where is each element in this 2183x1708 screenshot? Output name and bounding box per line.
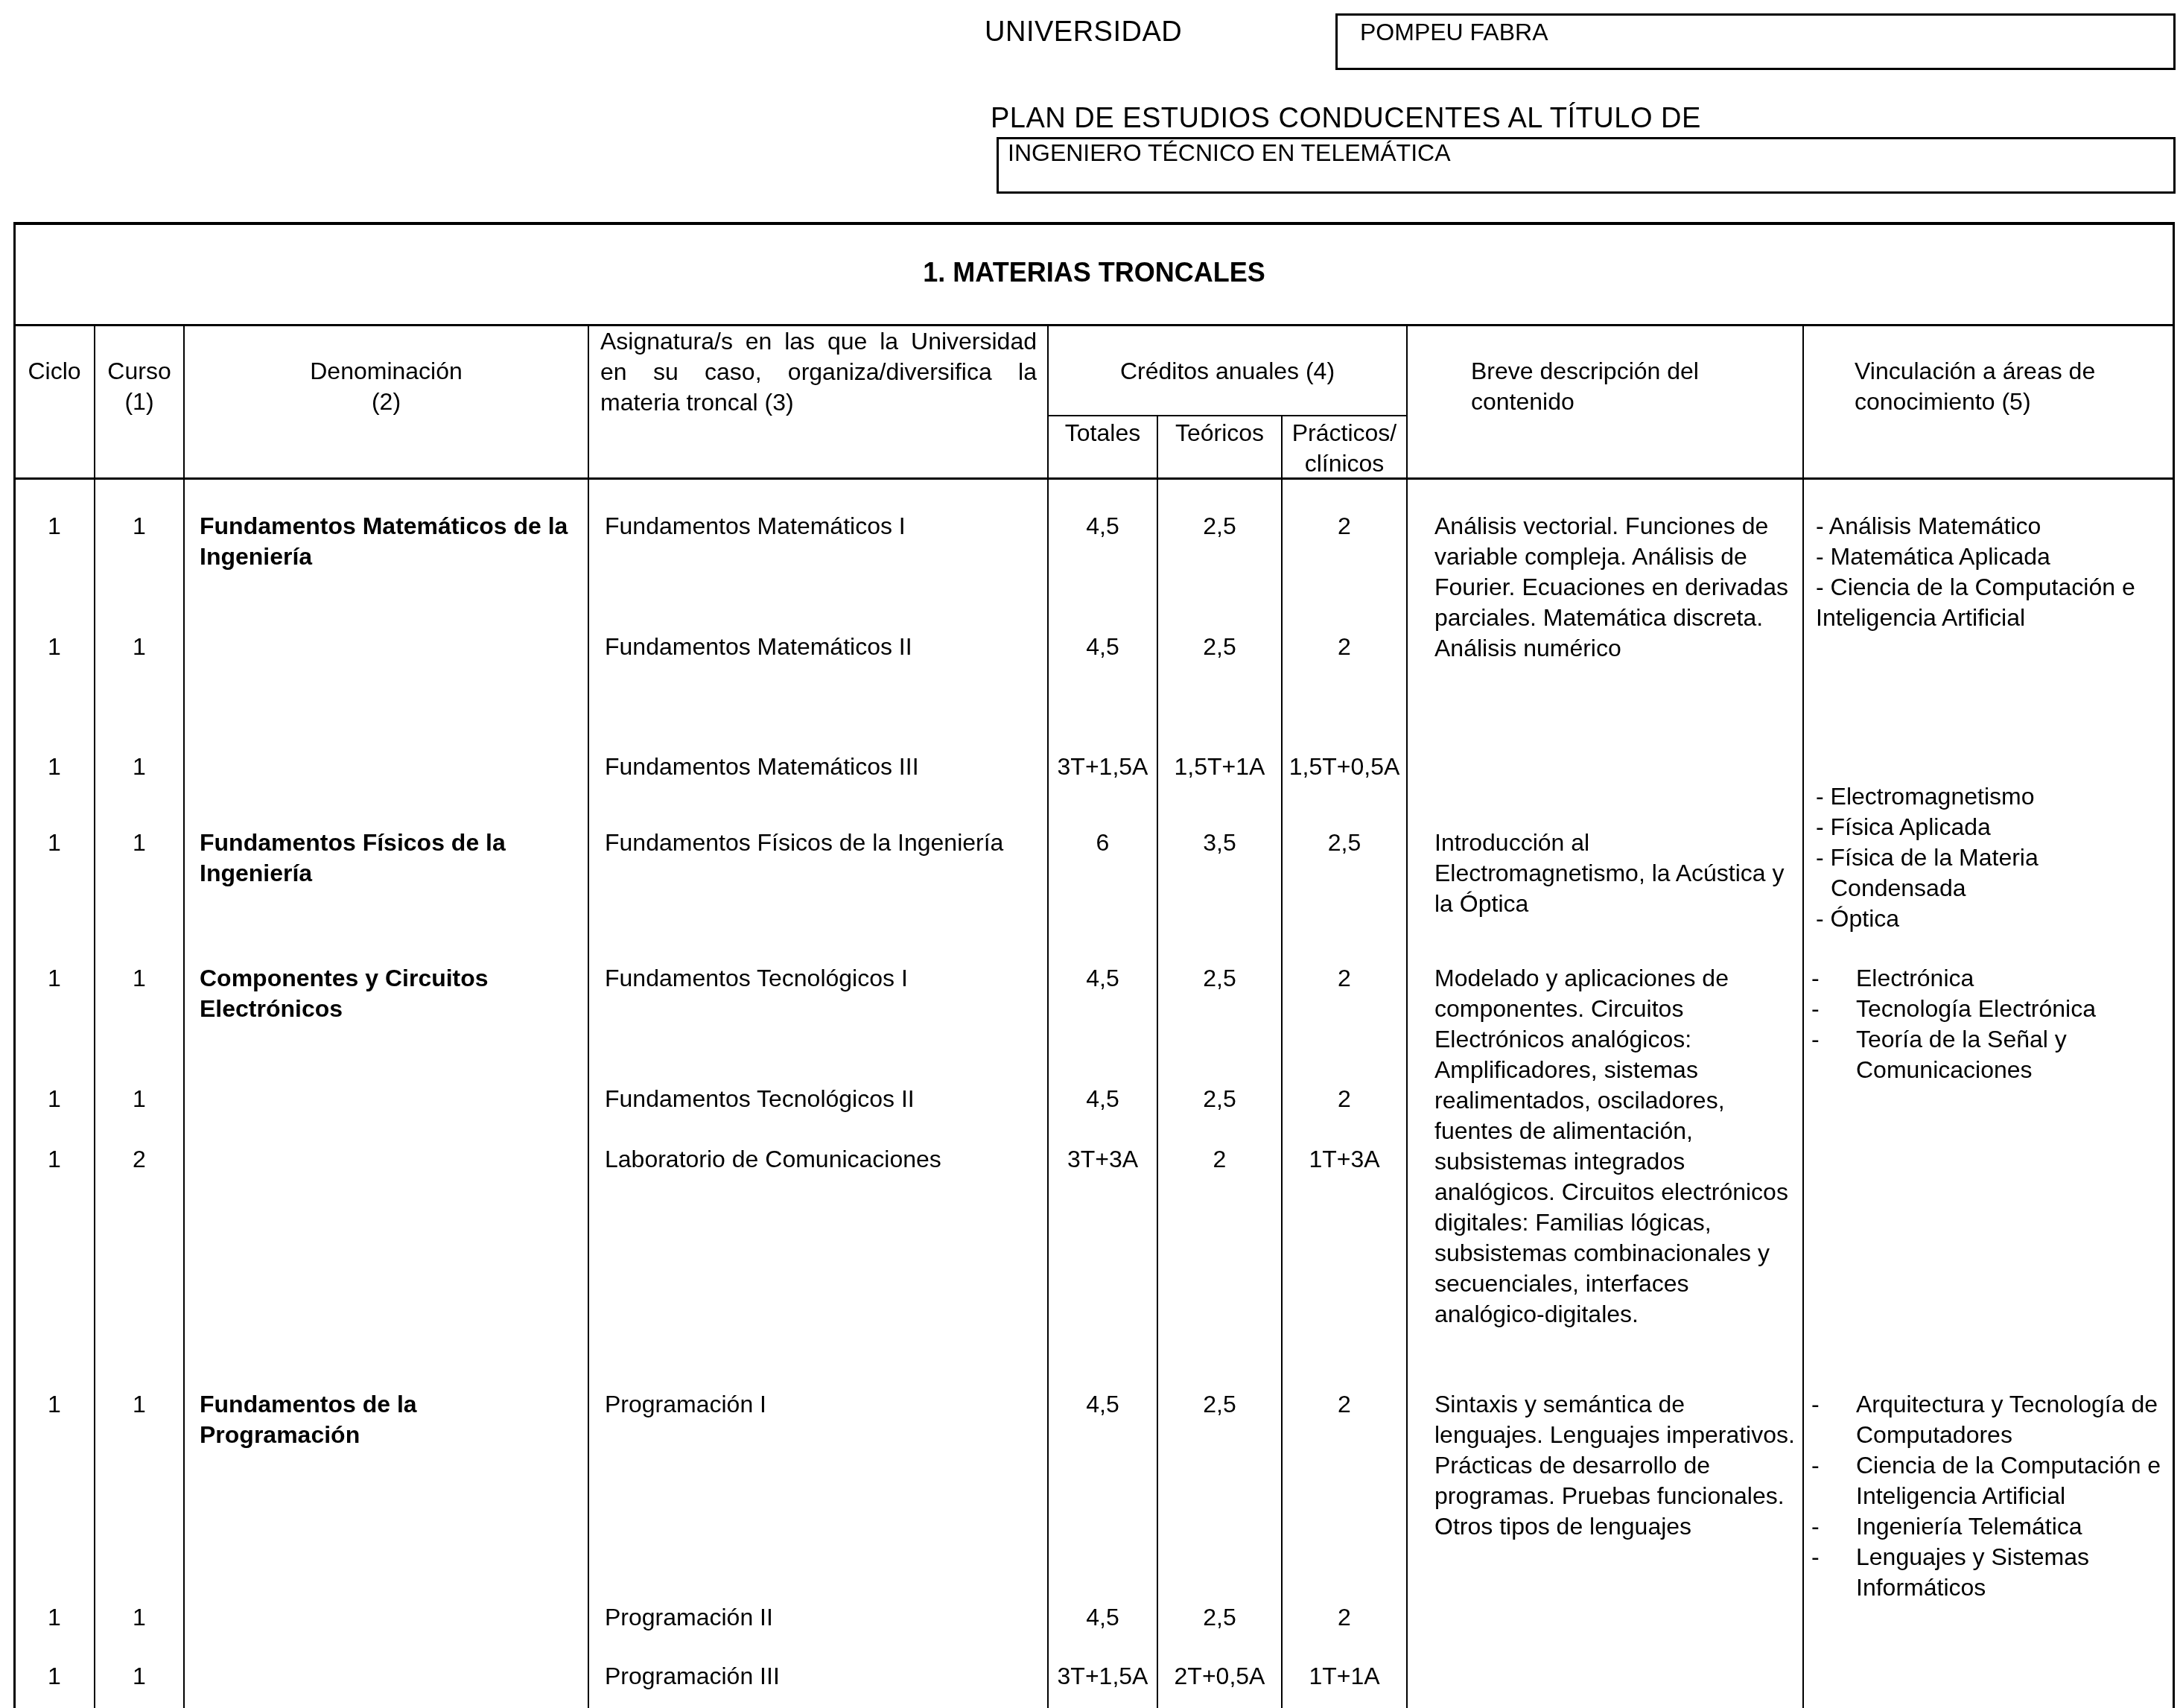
description-text: Introducción al Electromagnetismo, la Ac… — [1434, 828, 1799, 919]
header-practicos: Prácticos/ clínicos — [1283, 418, 1406, 479]
cell-teoricos: 2T+0,5A — [1158, 1661, 1281, 1692]
cell-teoricos: 2,5 — [1158, 632, 1281, 662]
cell-denominacion: Fundamentos de la Programación — [200, 1389, 579, 1450]
knowledge-area-item: -Lenguajes y Sistemas Informáticos — [1811, 1542, 2169, 1603]
cell-asignatura: Fundamentos Tecnológicos I — [605, 963, 1044, 994]
cell-practicos: 2 — [1283, 963, 1406, 994]
cell-practicos: 2 — [1283, 1602, 1406, 1633]
cell-practicos: 2 — [1283, 1389, 1406, 1420]
dash-bullet-icon: - — [1811, 963, 1820, 994]
col-divider-descripcion — [1802, 325, 1804, 1708]
description-text: Modelado y aplicaciones de componentes. … — [1434, 963, 1799, 1330]
cell-curso: 1 — [95, 828, 183, 858]
cell-teoricos: 2,5 — [1158, 511, 1281, 542]
header-curso-note: (1) — [95, 387, 183, 417]
cell-totales: 4,5 — [1049, 1602, 1157, 1633]
cell-practicos: 2 — [1283, 511, 1406, 542]
knowledge-area-item: -Electrónica — [1811, 963, 2169, 994]
header-asignaturas: Asignatura/s en las que la Universidad e… — [600, 326, 1037, 418]
cell-ciclo: 1 — [15, 963, 94, 994]
degree-field: INGENIERO TÉCNICO EN TELEMÁTICA — [997, 137, 2176, 194]
knowledge-area-label: Arquitectura y Tecnología de Computadore… — [1856, 1391, 2158, 1448]
col-divider-totales — [1157, 415, 1158, 1708]
knowledge-area-label: Teoría de la Señal y Comunicaciones — [1856, 1026, 2067, 1083]
cell-practicos: 2,5 — [1283, 828, 1406, 858]
knowledge-area-item: - Electromagnetismo — [1816, 781, 2166, 812]
dash-bullet-icon: - — [1811, 1024, 1820, 1055]
header-denominacion: Denominación (2) — [185, 356, 588, 417]
description-text: Sintaxis y semántica de lenguajes. Lengu… — [1434, 1389, 1799, 1542]
knowledge-areas-list: -Electrónica-Tecnología Electrónica-Teor… — [1811, 963, 2169, 1085]
knowledge-area-label: Tecnología Electrónica — [1856, 995, 2096, 1022]
cell-practicos: 1T+1A — [1283, 1661, 1406, 1692]
cell-totales: 4,5 — [1049, 632, 1157, 662]
cell-curso: 1 — [95, 511, 183, 542]
header-ciclo: Ciclo — [15, 356, 94, 387]
header-curso: Curso (1) — [95, 356, 183, 417]
cell-curso: 1 — [95, 1084, 183, 1114]
cell-practicos: 2 — [1283, 1084, 1406, 1114]
cell-teoricos: 2,5 — [1158, 1389, 1281, 1420]
cell-curso: 2 — [95, 1144, 183, 1175]
cell-curso: 1 — [95, 1602, 183, 1633]
cell-ciclo: 1 — [15, 1389, 94, 1420]
cell-totales: 3T+3A — [1049, 1144, 1157, 1175]
knowledge-areas-list: - Electromagnetismo- Física Aplicada- Fí… — [1816, 781, 2166, 934]
cell-totales: 3T+1,5A — [1049, 1661, 1157, 1692]
cell-denominacion: Fundamentos Físicos de la Ingeniería — [200, 828, 579, 889]
knowledge-area-label: Lenguajes y Sistemas Informáticos — [1856, 1543, 2089, 1601]
knowledge-area-item: - Análisis Matemático — [1816, 511, 2166, 542]
description-text: Análisis vectorial. Funciones de variabl… — [1434, 511, 1799, 664]
cell-denominacion: Fundamentos Matemáticos de la Ingeniería — [200, 511, 579, 572]
header-creditos: Créditos anuales (4) — [1049, 356, 1406, 387]
title-row-divider — [13, 324, 2175, 326]
knowledge-area-label: Electrónica — [1856, 965, 1974, 991]
cell-totales: 4,5 — [1049, 963, 1157, 994]
cell-totales: 3T+1,5A — [1049, 752, 1157, 782]
header-teoricos: Teóricos — [1158, 418, 1281, 448]
cell-curso: 1 — [95, 632, 183, 662]
creditos-subheader-divider — [1047, 415, 1408, 416]
cell-asignatura: Fundamentos Físicos de la Ingeniería — [605, 828, 1044, 858]
cell-asignatura: Programación III — [605, 1661, 1044, 1692]
cell-ciclo: 1 — [15, 752, 94, 782]
header-denominacion-note: (2) — [185, 387, 588, 417]
dash-bullet-icon: - — [1811, 1511, 1820, 1542]
knowledge-area-item: -Ingeniería Telemática — [1811, 1511, 2169, 1542]
cell-teoricos: 3,5 — [1158, 828, 1281, 858]
cell-asignatura: Laboratorio de Comunicaciones — [605, 1144, 1044, 1175]
header-denominacion-label: Denominación — [185, 356, 588, 387]
cell-teoricos: 1,5T+1A — [1158, 752, 1281, 782]
header-row-divider — [13, 477, 2175, 480]
knowledge-area-label: Ingeniería Telemática — [1856, 1513, 2082, 1540]
cell-asignatura: Fundamentos Matemáticos II — [605, 632, 1044, 662]
cell-ciclo: 1 — [15, 1084, 94, 1114]
col-divider-teoricos — [1281, 415, 1283, 1708]
knowledge-area-item: -Arquitectura y Tecnología de Computador… — [1811, 1389, 2169, 1450]
cell-ciclo: 1 — [15, 1661, 94, 1692]
cell-totales: 4,5 — [1049, 1389, 1157, 1420]
cell-curso: 1 — [95, 963, 183, 994]
cell-ciclo: 1 — [15, 1602, 94, 1633]
header-vinculacion: Vinculación a áreas de conocimiento (5) — [1855, 356, 2152, 417]
table-border-top — [13, 222, 2175, 225]
cell-practicos: 1,5T+0,5A — [1283, 752, 1406, 782]
dash-bullet-icon: - — [1811, 994, 1820, 1024]
cell-ciclo: 1 — [15, 828, 94, 858]
knowledge-area-label: Ciencia de la Computación e Inteligencia… — [1856, 1452, 2161, 1509]
knowledge-area-item: -Ciencia de la Computación e Inteligenci… — [1811, 1450, 2169, 1511]
cell-teoricos: 2,5 — [1158, 1602, 1281, 1633]
col-divider-curso — [183, 325, 185, 1708]
cell-curso: 1 — [95, 752, 183, 782]
cell-asignatura: Fundamentos Tecnológicos II — [605, 1084, 1044, 1114]
cell-asignatura: Programación I — [605, 1389, 1044, 1420]
cell-asignatura: Fundamentos Matemáticos III — [605, 752, 1044, 782]
knowledge-area-item: - Física de la Materia Condensada — [1816, 842, 2166, 904]
cell-ciclo: 1 — [15, 632, 94, 662]
dash-bullet-icon: - — [1811, 1542, 1820, 1572]
knowledge-area-item: - Matemática Aplicada — [1816, 542, 2166, 572]
dash-bullet-icon: - — [1811, 1389, 1820, 1420]
university-field: POMPEU FABRA — [1335, 13, 2176, 70]
knowledge-area-item: -Teoría de la Señal y Comunicaciones — [1811, 1024, 2169, 1085]
table-title: 1. MATERIAS TRONCALES — [13, 257, 2175, 288]
cell-ciclo: 1 — [15, 511, 94, 542]
col-divider-practicos — [1406, 325, 1408, 1708]
university-label: UNIVERSIDAD — [985, 16, 1182, 48]
cell-teoricos: 2,5 — [1158, 963, 1281, 994]
degree-value: INGENIERO TÉCNICO EN TELEMÁTICA — [1008, 139, 1450, 167]
table-border-right — [2173, 222, 2175, 1708]
cell-totales: 4,5 — [1049, 1084, 1157, 1114]
university-value: POMPEU FABRA — [1360, 19, 1548, 46]
cell-asignatura: Fundamentos Matemáticos I — [605, 511, 1044, 542]
header-curso-label: Curso — [95, 356, 183, 387]
cell-denominacion: Componentes y Circuitos Electrónicos — [200, 963, 579, 1024]
cell-teoricos: 2 — [1158, 1144, 1281, 1175]
header-totales: Totales — [1049, 418, 1157, 448]
knowledge-area-item: - Óptica — [1816, 904, 2166, 934]
col-divider-denominacion — [588, 325, 589, 1708]
knowledge-area-item: - Ciencia de la Computación e Inteligenc… — [1816, 572, 2166, 633]
knowledge-areas-list: - Análisis Matemático- Matemática Aplica… — [1816, 511, 2166, 633]
cell-asignatura: Programación II — [605, 1602, 1044, 1633]
cell-curso: 1 — [95, 1661, 183, 1692]
cell-practicos: 2 — [1283, 632, 1406, 662]
cell-practicos: 1T+3A — [1283, 1144, 1406, 1175]
knowledge-area-item: - Física Aplicada — [1816, 812, 2166, 842]
header-descripcion: Breve descripción del contenido — [1471, 356, 1769, 417]
knowledge-area-item: -Tecnología Electrónica — [1811, 994, 2169, 1024]
cell-totales: 6 — [1049, 828, 1157, 858]
cell-teoricos: 2,5 — [1158, 1084, 1281, 1114]
cell-ciclo: 1 — [15, 1144, 94, 1175]
plan-label: PLAN DE ESTUDIOS CONDUCENTES AL TÍTULO D… — [991, 103, 1701, 135]
dash-bullet-icon: - — [1811, 1450, 1820, 1481]
cell-totales: 4,5 — [1049, 511, 1157, 542]
cell-curso: 1 — [95, 1389, 183, 1420]
knowledge-areas-list: -Arquitectura y Tecnología de Computador… — [1811, 1389, 2169, 1603]
